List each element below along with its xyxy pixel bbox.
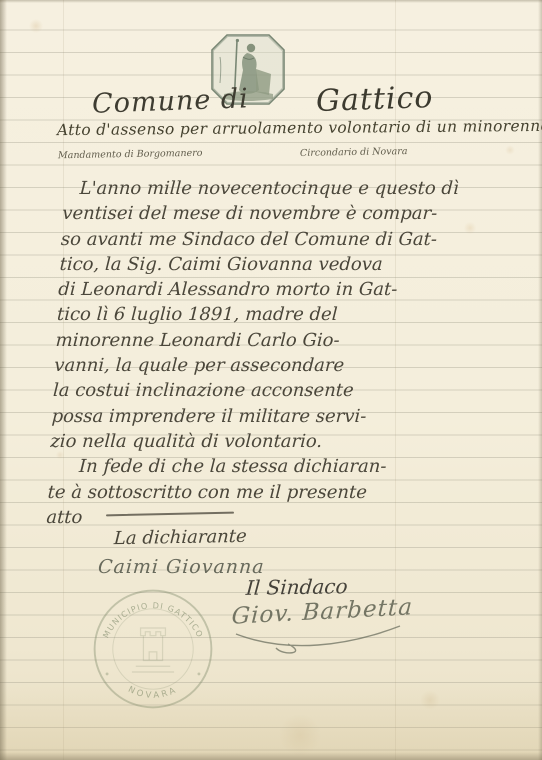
svg-text:NOVARA: NOVARA xyxy=(126,685,179,701)
page-edge xyxy=(0,752,542,760)
body-line: te à sottoscritto con me il presente xyxy=(47,480,488,505)
body-line: possa imprendere il militare servi- xyxy=(51,404,492,429)
page-edge xyxy=(0,0,7,760)
body-line: L'anno mille novecentocinque e questo dì xyxy=(63,176,504,201)
manuscript-body: L'anno mille novecentocinque e questo dì… xyxy=(46,176,505,530)
declarant-label: La dichiarante xyxy=(113,526,247,549)
document-page: L. 2 Comune di Gattico Atto d'assenso pe… xyxy=(0,0,542,760)
bottom-shading xyxy=(0,680,542,760)
document-title: Atto d'assenso per arruolamento volontar… xyxy=(57,117,542,139)
declarant-signature: Caimi Giovanna xyxy=(97,556,265,578)
signature-flourish xyxy=(228,620,408,654)
body-line: la costui inclinazione acconsente xyxy=(52,378,493,403)
body-line: atto xyxy=(46,505,487,530)
page-edge xyxy=(0,0,542,3)
mandamento-note: Mandamento di Borgomanero xyxy=(58,148,203,162)
body-line: vanni, la quale per assecondare xyxy=(54,353,495,378)
comune-name: Gattico xyxy=(315,80,434,119)
seal-bottom-text: NOVARA xyxy=(126,685,179,701)
body-line: minorenne Leonardi Carlo Gio- xyxy=(55,328,496,353)
body-line: tico, la Sig. Caimi Giovanna vedova xyxy=(59,252,500,277)
body-line: so avanti me Sindaco del Comune di Gat- xyxy=(60,227,501,252)
comune-prefix: Comune di xyxy=(92,83,250,119)
figure-head xyxy=(247,44,255,52)
municipal-seal: MUNICIPIO DI GATTICO NOVARA xyxy=(86,582,220,716)
mayor-label: Il Sindaco xyxy=(245,574,348,600)
page-edge xyxy=(538,0,542,760)
body-line: In fede di che la stessa dichiaran- xyxy=(48,454,489,479)
circondario-note: Circondario di Novara xyxy=(300,146,408,159)
body-line: di Leonardi Alessandro morto in Gat- xyxy=(58,277,499,302)
body-line: ventisei del mese di novembre è compar- xyxy=(62,201,503,226)
body-line: zio nella qualità di volontario. xyxy=(50,429,491,454)
seal-crest xyxy=(132,628,174,672)
body-line: tico lì 6 luglio 1891, madre del xyxy=(56,302,497,327)
